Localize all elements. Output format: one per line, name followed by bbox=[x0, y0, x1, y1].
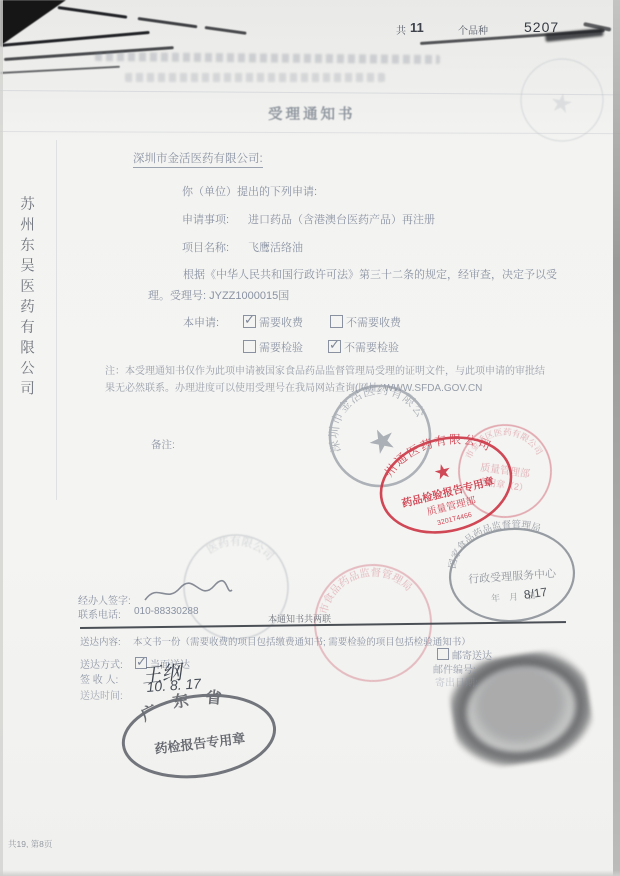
illegible-faded-text-line bbox=[95, 52, 440, 64]
header-total-label: 共 bbox=[396, 22, 406, 37]
mail-date-label: 寄出日期: bbox=[435, 674, 478, 689]
test-required-label: 需要检验 bbox=[259, 339, 303, 355]
recipient-company-name: 深圳市金活医药有限公司: bbox=[133, 150, 263, 168]
handler-signature-label: 经办人签字: bbox=[78, 592, 131, 607]
handwritten-handler-signature bbox=[140, 578, 235, 608]
delivery-time-label: 送达时间: bbox=[80, 687, 123, 702]
scan-edge bbox=[0, 870, 620, 876]
project-name-value: 飞鹰活络油 bbox=[248, 239, 303, 255]
fold-line bbox=[56, 140, 57, 500]
header-unit-label: 个品种 bbox=[458, 22, 488, 37]
delivery-content-label: 送达内容: bbox=[80, 634, 121, 648]
scanned-document-page: 共 11 个品种 5207 受理通知书 苏州东吴医药有限公司 深圳市金活医药有限… bbox=[0, 0, 620, 876]
header-total-value: 11 bbox=[410, 20, 424, 35]
delivery-content-value: 本文书一份（需要收费的项目包括缴费通知书; 需要检验的项目包括检验通知书） bbox=[133, 634, 471, 648]
contact-phone-label: 联系电话: bbox=[78, 606, 121, 621]
margin-vertical-company-name: 苏州东吴医药有限公司 bbox=[16, 196, 37, 401]
fee-required-label: 需要收费 bbox=[259, 314, 303, 330]
svg-text:医药有限公司: 医药有限公司 bbox=[203, 528, 279, 570]
options-prefix: 本申请: bbox=[183, 314, 219, 330]
header-serial-number: 5207 bbox=[524, 19, 559, 35]
project-name-label: 项目名称: bbox=[182, 239, 229, 255]
guangdong-inspection-seal: 广东省 药检报告专用章 bbox=[106, 674, 292, 800]
page-number-note: 共19, 第8页 bbox=[8, 838, 52, 850]
decision-text-line1: 根据《中华人民共和国行政许可法》第三十二条的规定，经审查，决定予以受 bbox=[183, 266, 557, 282]
faint-top-right-seal: ★ bbox=[504, 42, 620, 158]
scan-streak bbox=[58, 6, 128, 19]
svg-text:行政受理服务中心: 行政受理服务中心 bbox=[468, 566, 558, 586]
star-icon: ★ bbox=[547, 86, 575, 120]
decision-text-line2: 理。受理号: JYZZ1000015国 bbox=[148, 287, 289, 303]
fee-not-required-label: 不需要收费 bbox=[346, 314, 401, 330]
scan-streak bbox=[138, 17, 198, 28]
scan-streak bbox=[0, 66, 120, 74]
remarks-label: 备注: bbox=[151, 437, 175, 452]
mail-option-label: 邮寄送达 bbox=[452, 647, 492, 662]
checkbox-unchecked-icon bbox=[243, 340, 256, 353]
document-title: 受理通知书 bbox=[268, 103, 356, 124]
application-intro: 你（单位）提出的下列申请: bbox=[182, 183, 317, 199]
scan-streak bbox=[205, 26, 247, 34]
checkbox-unchecked-icon bbox=[437, 648, 449, 660]
svg-text:国家食品药品监督管理局: 国家食品药品监督管理局 bbox=[444, 516, 544, 570]
application-item-value: 进口药品（含港澳台医药产品）再注册 bbox=[248, 211, 435, 227]
checkbox-unchecked-icon bbox=[330, 315, 343, 328]
note-line1: 注：本受理通知书仅作为此项申请被国家食品药品监督管理局受理的证明文件，与此项申请… bbox=[105, 362, 545, 377]
star-icon: ★ bbox=[431, 460, 454, 486]
contact-phone-value: 010-88330288 bbox=[134, 606, 199, 617]
checkbox-checked-icon bbox=[243, 315, 256, 328]
delivery-method-label: 送达方式: bbox=[80, 656, 123, 671]
scan-edge bbox=[0, 0, 3, 876]
test-not-required-label: 不需要检验 bbox=[344, 339, 399, 355]
scan-edge bbox=[613, 0, 620, 876]
signer-label: 签 收 人: bbox=[80, 671, 118, 686]
application-item-label: 申请事项: bbox=[182, 211, 229, 227]
sfda-acceptance-center-seal: 国家食品药品监督管理局 行政受理服务中心 年 月 日 bbox=[438, 515, 585, 634]
svg-text:药检报告专用章: 药检报告专用章 bbox=[154, 731, 246, 757]
illegible-faded-text-line bbox=[125, 73, 385, 82]
checkbox-checked-icon bbox=[328, 340, 341, 353]
